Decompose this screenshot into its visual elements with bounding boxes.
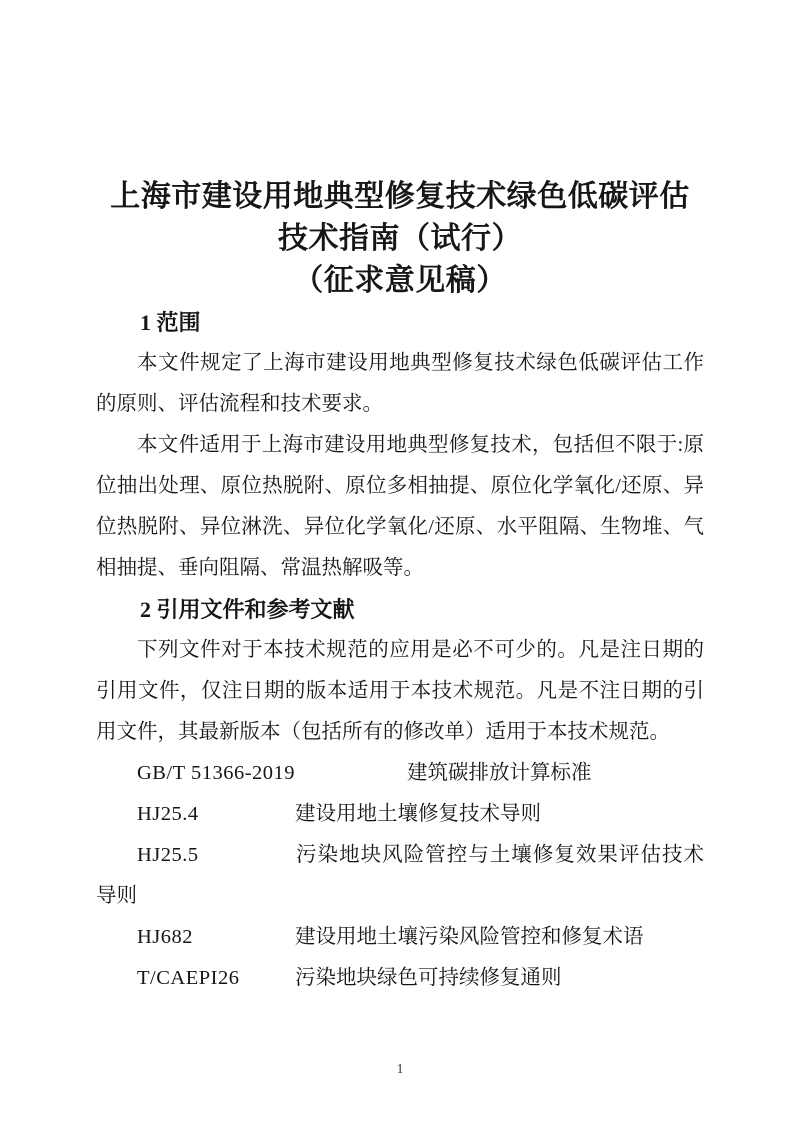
reference-code: HJ25.5: [137, 835, 295, 876]
reference-code: GB/T 51366-2019: [137, 753, 407, 794]
reference-row: T/CAEPI26污染地块绿色可持续修复通则: [96, 958, 704, 999]
reference-name: 建设用地土壤污染风险管控和修复术语: [295, 926, 644, 948]
reference-name: 建筑碳排放计算标准: [407, 762, 592, 784]
reference-name: 污染地块绿色可持续修复通则: [295, 967, 562, 989]
document-page: 上海市建设用地典型修复技术绿色低碳评估 技术指南（试行） （征求意见稿） 1 范…: [0, 176, 800, 999]
reference-row: HJ25.4建设用地土壤修复技术导则: [96, 794, 704, 835]
section-1-heading: 1 范围: [96, 302, 704, 343]
reference-code: T/CAEPI26: [137, 958, 295, 999]
reference-code: HJ25.4: [137, 794, 295, 835]
document-body: 1 范围 本文件规定了上海市建设用地典型修复技术绿色低碳评估工作的原则、评估流程…: [96, 302, 704, 999]
reference-name: 建设用地土壤修复技术导则: [295, 803, 541, 825]
section-2-intro-paragraph: 下列文件对于本技术规范的应用是必不可少的。凡是注日期的引用文件，仅注日期的版本适…: [96, 630, 704, 753]
reference-row: HJ682建设用地土壤污染风险管控和修复术语: [96, 917, 704, 958]
reference-row: GB/T 51366-2019建筑碳排放计算标准: [96, 753, 704, 794]
document-title: 上海市建设用地典型修复技术绿色低碳评估 技术指南（试行） （征求意见稿）: [96, 176, 704, 302]
section-1-paragraph-1: 本文件规定了上海市建设用地典型修复技术绿色低碳评估工作的原则、评估流程和技术要求…: [96, 343, 704, 425]
section-1-paragraph-2: 本文件适用于上海市建设用地典型修复技术，包括但不限于:原位抽出处理、原位热脱附、…: [96, 425, 704, 589]
title-line-3: （征求意见稿）: [96, 260, 704, 302]
section-2-heading: 2 引用文件和参考文献: [96, 589, 704, 630]
reference-row: HJ25.5污染地块风险管控与土壤修复效果评估技术导则: [96, 835, 704, 917]
title-line-1: 上海市建设用地典型修复技术绿色低碳评估: [96, 176, 704, 218]
page-number: 1: [0, 1062, 800, 1078]
title-line-2: 技术指南（试行）: [96, 218, 704, 260]
reference-code: HJ682: [137, 917, 295, 958]
